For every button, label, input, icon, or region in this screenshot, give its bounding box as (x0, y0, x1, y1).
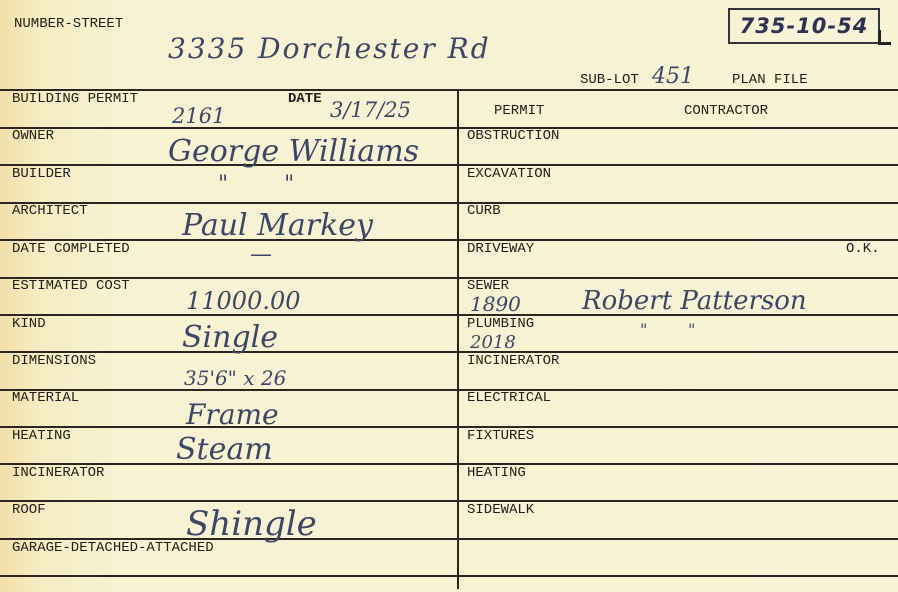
driveway-label: DRIVEWAY (467, 241, 534, 257)
date-value: 3/17/25 (330, 98, 411, 122)
number-street-label: NUMBER-STREET (14, 16, 123, 32)
electrical-label: ELECTRICAL (467, 390, 551, 406)
building-permit-label: BUILDING PERMIT (12, 91, 138, 107)
owner-value: George Williams (168, 134, 419, 169)
estimated-cost-label: ESTIMATED COST (12, 278, 130, 294)
builder-value: " " (218, 172, 294, 197)
heating-permit-label: HEATING (467, 465, 526, 481)
plumbing-permit: 2018 (470, 332, 516, 353)
architect-value: Paul Markey (182, 208, 373, 243)
excavation-label: EXCAVATION (467, 166, 551, 182)
sewer-permit: 1890 (470, 292, 521, 316)
kind-value: Single (182, 320, 278, 355)
architect-label: ARCHITECT (12, 203, 88, 219)
sidewalk-label: SIDEWALK (467, 502, 534, 518)
dimensions-label: DIMENSIONS (12, 353, 96, 369)
obstruction-label: OBSTRUCTION (467, 128, 559, 144)
date-label: DATE (288, 91, 322, 107)
roof-label: ROOF (12, 502, 46, 518)
building-permit-card: 735-10-54 NUMBER-STREET 3335 Dorchester … (0, 0, 898, 592)
date-completed-value: — (250, 242, 272, 267)
fixtures-label: FIXTURES (467, 428, 534, 444)
plumbing-label: PLUMBING (467, 316, 534, 332)
roof-value: Shingle (186, 504, 317, 544)
record-number-stamp: 735-10-54 (728, 8, 880, 44)
plumbing-contractor: " " (640, 320, 695, 339)
permit-column-header: PERMIT (494, 103, 544, 119)
estimated-cost-value: 11000.00 (186, 287, 301, 315)
stamp-mark (878, 30, 891, 45)
number-street-value: 3335 Dorchester Rd (168, 32, 491, 65)
driveway-note: O.K. (846, 241, 880, 257)
contractor-column-header: CONTRACTOR (684, 103, 768, 119)
building-permit-value: 2161 (172, 104, 225, 128)
plan-file-label: PLAN FILE (732, 72, 808, 88)
material-value: Frame (186, 398, 279, 431)
builder-label: BUILDER (12, 166, 71, 182)
sewer-contractor: Robert Patterson (582, 286, 807, 316)
material-label: MATERIAL (12, 390, 79, 406)
curb-label: CURB (467, 203, 501, 219)
garage-label: GARAGE-DETACHED-ATTACHED (12, 540, 214, 556)
dimensions-value: 35'6" x 26 (184, 366, 286, 390)
incinerator-permit-label: INCINERATOR (467, 353, 559, 369)
kind-label: KIND (12, 316, 46, 332)
sub-lot-value: 451 (652, 64, 694, 89)
heating-value: Steam (176, 432, 273, 467)
incinerator-label: INCINERATOR (12, 465, 104, 481)
owner-label: OWNER (12, 128, 54, 144)
heating-label: HEATING (12, 428, 71, 444)
date-completed-label: DATE COMPLETED (12, 241, 130, 257)
sub-lot-label: SUB-LOT (580, 72, 639, 88)
